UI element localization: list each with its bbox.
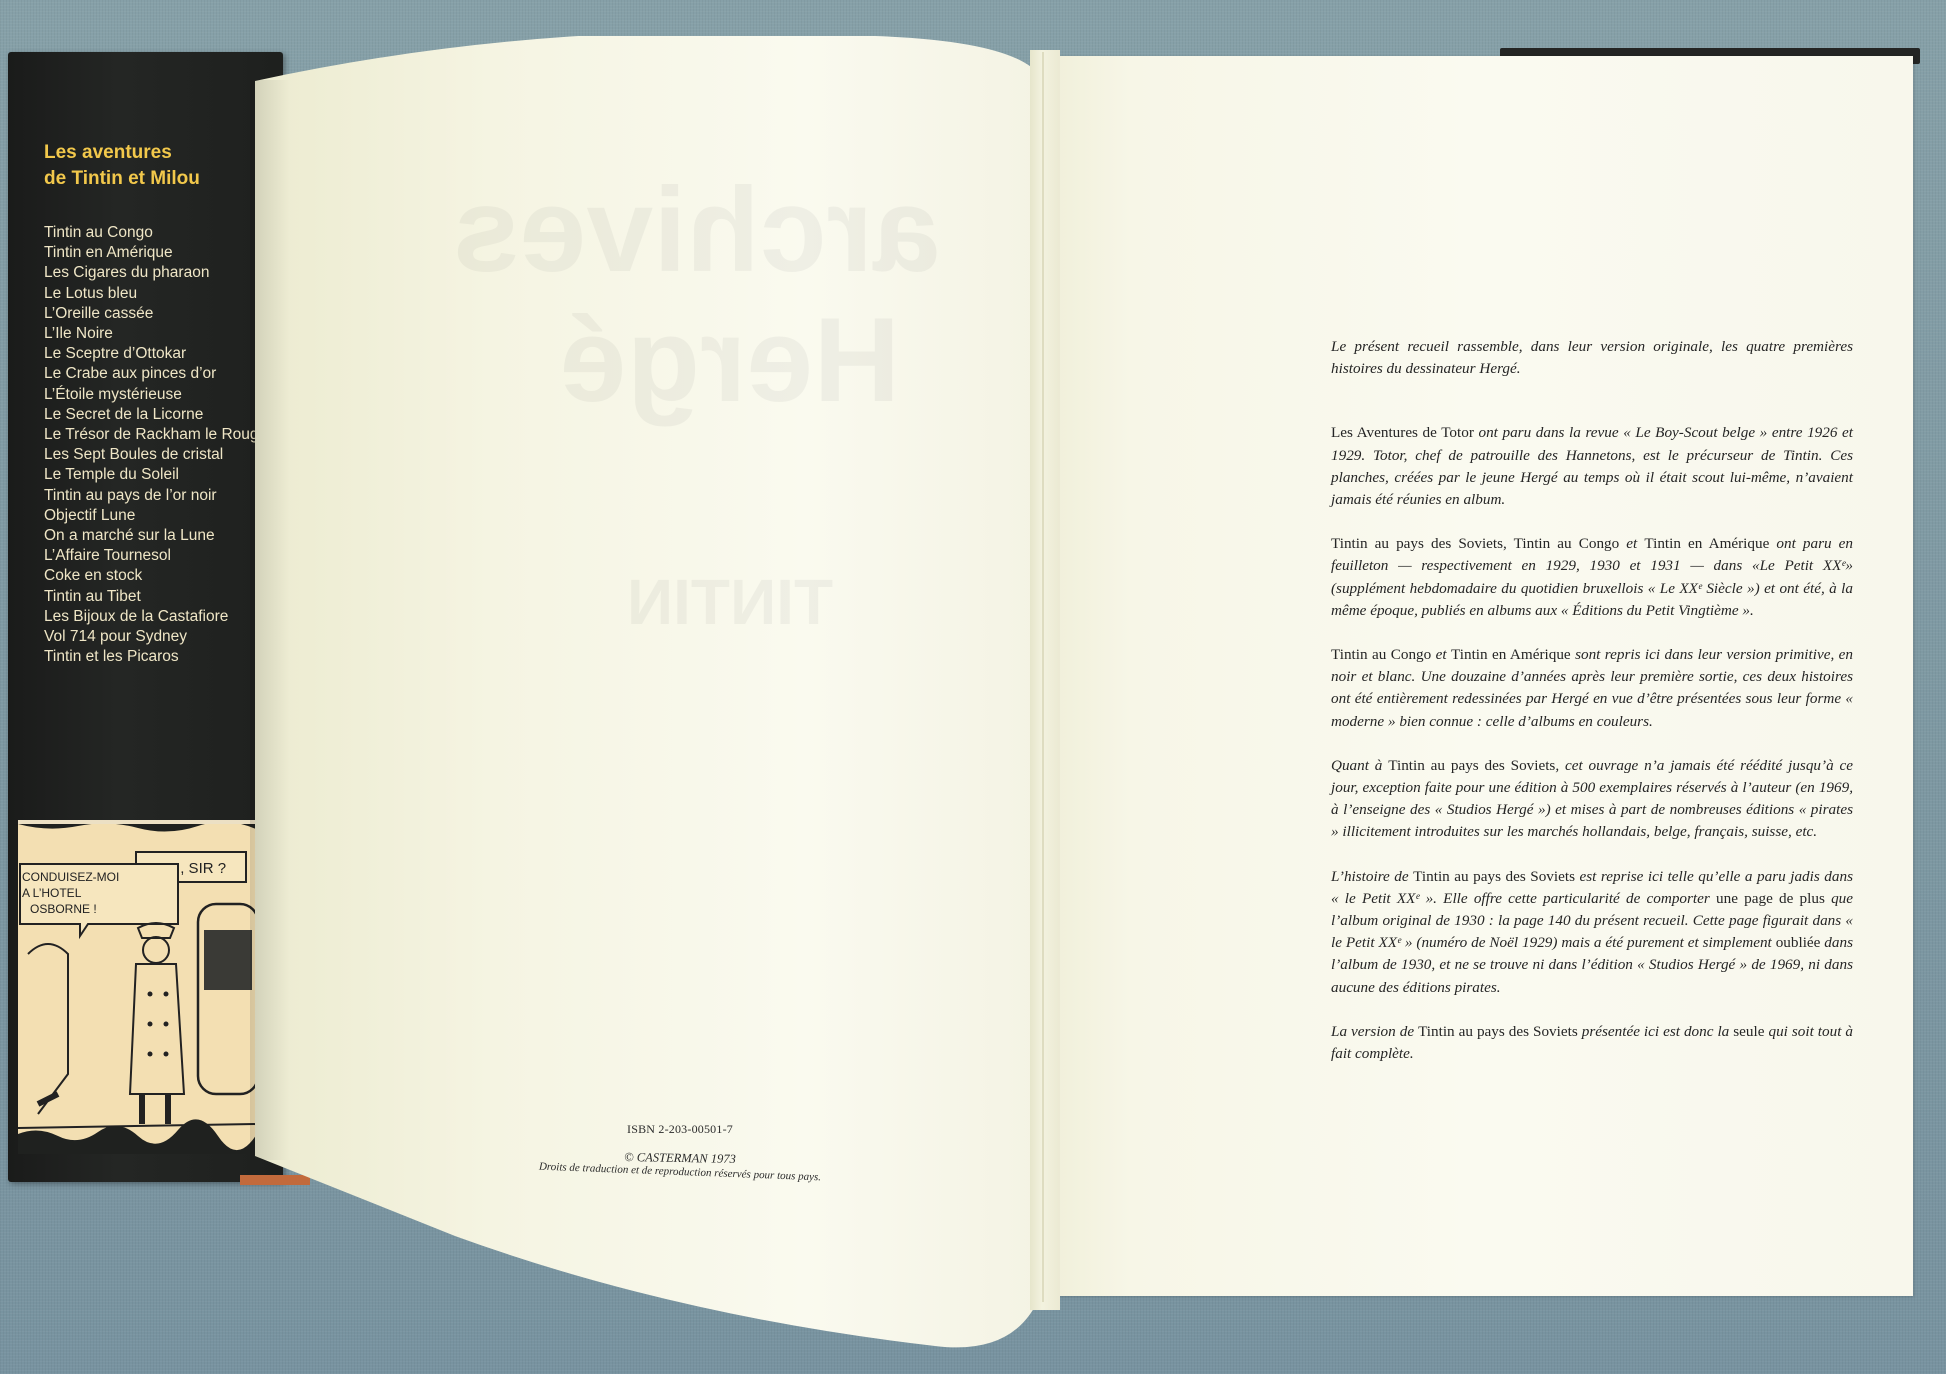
comic-panel-illustration: TAXI, SIR ? CONDUISEZ-MOI A L’HOTEL OSBO… bbox=[18, 820, 258, 1154]
jacket-title-item: Tintin au pays de l’or noir bbox=[44, 486, 274, 506]
italic-text-segment: L’histoire de bbox=[1331, 868, 1413, 885]
jacket-title-item: Tintin et les Picaros bbox=[44, 647, 274, 667]
roman-text-segment: Tintin au pays des Soviets bbox=[1388, 757, 1555, 774]
paragraph: Tintin au Congo et Tintin en Amérique so… bbox=[1331, 644, 1853, 733]
roman-text-segment: Tintin au pays des Soviets bbox=[1413, 868, 1575, 885]
jacket-title-item: L’Étoile mystérieuse bbox=[44, 385, 274, 405]
jacket-title-list: Tintin au Congo Tintin en Amérique Les C… bbox=[44, 223, 274, 667]
paragraph: L’histoire de Tintin au pays des Soviets… bbox=[1331, 866, 1853, 999]
jacket-title-item: Le Trésor de Rackham le Rouge bbox=[44, 425, 274, 445]
roman-text-segment: seule bbox=[1733, 1023, 1764, 1040]
roman-text-segment: Tintin au pays des Soviets bbox=[1418, 1023, 1578, 1040]
italic-text-segment: et bbox=[1619, 535, 1644, 552]
jacket-title-item: Les Bijoux de la Castafiore bbox=[44, 607, 274, 627]
italic-text-segment: et bbox=[1431, 646, 1451, 663]
jacket-title-item: L’Oreille cassée bbox=[44, 304, 274, 324]
show-through-line-1: archives bbox=[520, 165, 940, 295]
jacket-title-item: Tintin au Congo bbox=[44, 223, 274, 243]
roman-text-segment: une page de plus bbox=[1716, 890, 1825, 907]
speech-hotel-line-2: A L’HOTEL bbox=[22, 886, 82, 900]
roman-text-segment: Tintin en Amérique bbox=[1644, 535, 1769, 552]
jacket-title-line-2: de Tintin et Milou bbox=[44, 166, 264, 192]
jacket-title-item: Les Cigares du pharaon bbox=[44, 263, 274, 283]
jacket-title-item: L’Ile Noire bbox=[44, 324, 274, 344]
book-gutter bbox=[1030, 50, 1060, 1310]
jacket-title-item: Vol 714 pour Sydney bbox=[44, 627, 274, 647]
italic-text-segment: Quant à bbox=[1331, 757, 1388, 774]
jacket-title-item: Tintin au Tibet bbox=[44, 587, 274, 607]
italic-text-segment: La version de bbox=[1331, 1023, 1418, 1040]
imprint-block: ISBN 2-203-00501-7 © CASTERMAN 1973 Droi… bbox=[500, 1122, 860, 1178]
jacket-title-item: L’Affaire Tournesol bbox=[44, 546, 274, 566]
show-through-title-page: archives Hergé TINTIN bbox=[520, 165, 940, 865]
jacket-title-line-1: Les aventures bbox=[44, 140, 264, 166]
gutter-fold-line bbox=[1042, 52, 1044, 1302]
speech-hotel-line-3: OSBORNE ! bbox=[30, 902, 97, 916]
roman-text-segment: Tintin en Amérique bbox=[1451, 646, 1571, 663]
jacket-title-item: Objectif Lune bbox=[44, 506, 274, 526]
paragraph: Les Aventures de Totor ont paru dans la … bbox=[1331, 422, 1853, 511]
italic-text-segment: présentée ici est donc la bbox=[1578, 1023, 1734, 1040]
italic-text-segment: Le présent recueil rassemble, dans leur … bbox=[1331, 338, 1853, 377]
paragraph: Tintin au pays des Soviets, Tintin au Co… bbox=[1331, 533, 1853, 622]
speech-hotel-line-1: CONDUISEZ-MOI bbox=[22, 870, 119, 884]
roman-text-segment: Tintin au pays des Soviets, Tintin au Co… bbox=[1331, 535, 1619, 552]
jacket-title-item: Coke en stock bbox=[44, 566, 274, 586]
jacket-title-item: Le Secret de la Licorne bbox=[44, 405, 274, 425]
jacket-series-title: Les aventures de Tintin et Milou bbox=[44, 140, 264, 192]
jacket-title-item: Le Crabe aux pinces d’or bbox=[44, 364, 274, 384]
page-edge-shadow bbox=[250, 80, 290, 1160]
paragraph: La version de Tintin au pays des Soviets… bbox=[1331, 1021, 1853, 1065]
jacket-title-item: Les Sept Boules de cristal bbox=[44, 445, 274, 465]
jacket-title-item: Tintin en Amérique bbox=[44, 243, 274, 263]
jacket-title-item: Le Temple du Soleil bbox=[44, 465, 274, 485]
paragraph: Le présent recueil rassemble, dans leur … bbox=[1331, 336, 1853, 380]
roman-text-segment: oubliée bbox=[1776, 934, 1821, 951]
isbn: ISBN 2-203-00501-7 bbox=[500, 1122, 860, 1137]
show-through-line-3: TINTIN bbox=[520, 565, 940, 639]
jacket-title-item: On a marché sur la Lune bbox=[44, 526, 274, 546]
foreword-text: Le présent recueil rassemble, dans leur … bbox=[1331, 336, 1853, 1087]
jacket-title-item: Le Sceptre d’Ottokar bbox=[44, 344, 274, 364]
cover-board-edge bbox=[240, 1175, 310, 1185]
jacket-title-item: Le Lotus bleu bbox=[44, 284, 274, 304]
paragraph: Quant à Tintin au pays des Soviets, cet … bbox=[1331, 755, 1853, 844]
roman-text-segment: Les Aventures de Totor bbox=[1331, 424, 1474, 441]
show-through-line-2: Hergé bbox=[520, 295, 940, 425]
roman-text-segment: Tintin au Congo bbox=[1331, 646, 1431, 663]
